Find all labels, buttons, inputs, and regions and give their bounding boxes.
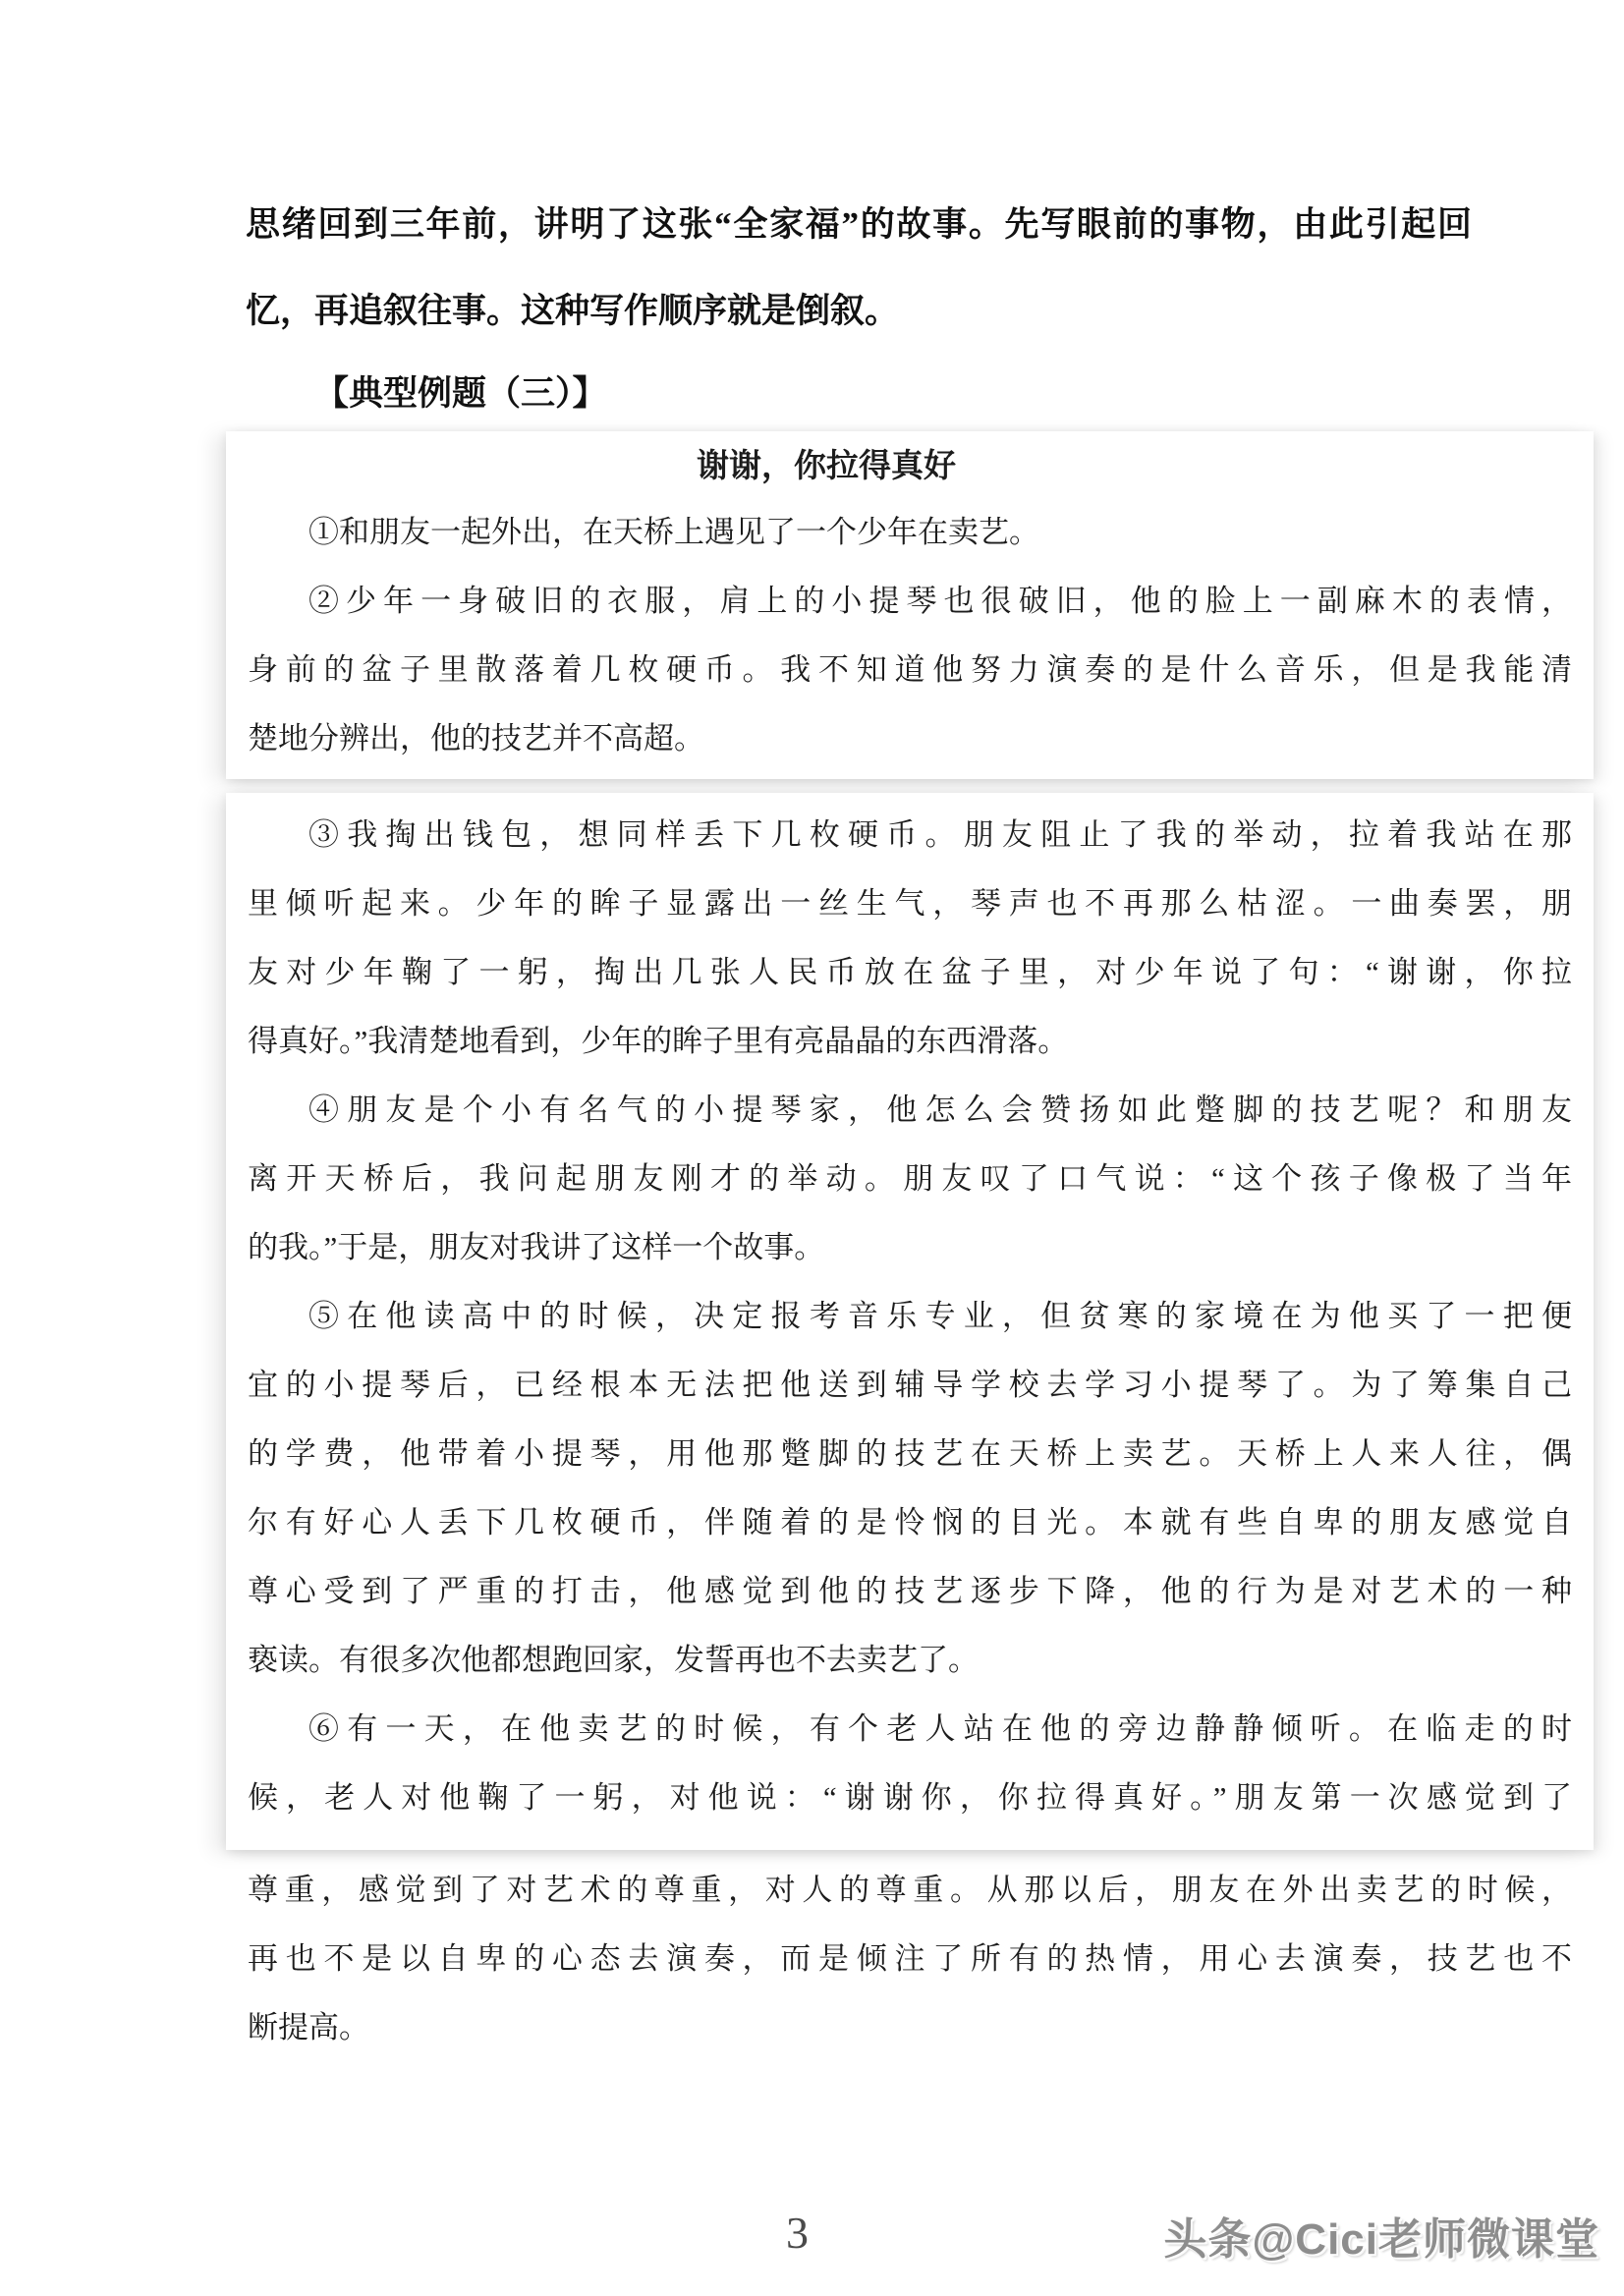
watermark: 头条@Cici老师微课堂 bbox=[1163, 2204, 1599, 2267]
intro-paragraph: 思绪回到三年前，讲明了这张“全家福”的故事。先写眼前的事物，由此引起回 忆，再追… bbox=[246, 182, 1472, 355]
story-line: 候，老人对他鞠了一躬，对他说：“谢谢你，你拉得真好。”朋友第一次感觉到了 bbox=[248, 1764, 1572, 1832]
section-heading: 【典型例题（三）】 bbox=[246, 363, 1624, 425]
story-line: ⑤在他读高中的时候，决定报考音乐专业，但贫寒的家境在为他买了一把便 bbox=[248, 1282, 1572, 1351]
story-line: 的学费，他带着小提琴，用他那蹩脚的技艺在天桥上卖艺。天桥上人来人往，偶 bbox=[248, 1420, 1572, 1488]
story-line: 的我。”于是，朋友对我讲了这样一个故事。 bbox=[248, 1213, 1572, 1282]
story-line: 尊心受到了严重的打击，他感觉到他的技艺逐步下降，他的行为是对艺术的一种 bbox=[248, 1557, 1572, 1626]
intro-line: 忆，再追叙往事。这种写作顺序就是倒叙。 bbox=[246, 268, 1472, 355]
story-line: ④朋友是个小有名气的小提琴家，他怎么会赞扬如此蹩脚的技艺呢？和朋友 bbox=[248, 1076, 1572, 1145]
story-line: ③我掏出钱包，想同样丢下几枚硬币。朋友阻止了我的举动，拉着我站在那 bbox=[248, 801, 1572, 869]
page-number: 3 bbox=[786, 2207, 809, 2259]
story-line: 宜的小提琴后，已经根本无法把他送到辅导学校去学习小提琴了。为了筹集自己 bbox=[248, 1351, 1572, 1420]
story-line: 身前的盆子里散落着几枚硬币。我不知道他努力演奏的是什么音乐，但是我能清 bbox=[248, 636, 1572, 704]
story-line: 得真好。”我清楚地看到，少年的眸子里有亮晶晶的东西滑落。 bbox=[248, 1007, 1572, 1076]
story-line: 里倾听起来。少年的眸子显露出一丝生气，琴声也不再那么枯涩。一曲奏罢，朋 bbox=[248, 869, 1572, 938]
document-page: { "intro": { "line1": "思绪回到三年前，讲明了这张“全家福… bbox=[0, 0, 1624, 2296]
story-card-1: 谢谢，你拉得真好 ①和朋友一起外出，在天桥上遇见了一个少年在卖艺。 ②少年一身破… bbox=[226, 431, 1594, 779]
story-line: 再也不是以自卑的心态去演奏，而是倾注了所有的热情，用心去演奏，技艺也不 bbox=[248, 1925, 1572, 1993]
story-line: 断提高。 bbox=[248, 1993, 1572, 2062]
story-line: ②少年一身破旧的衣服，肩上的小提琴也很破旧，他的脸上一副麻木的表情， bbox=[248, 567, 1572, 636]
story-title: 谢谢，你拉得真好 bbox=[248, 435, 1405, 498]
story-line: 友对少年鞠了一躬，掏出几张人民币放在盆子里，对少年说了句：“谢谢，你拉 bbox=[248, 938, 1572, 1007]
story-line: ⑥有一天，在他卖艺的时候，有个老人站在他的旁边静静倾听。在临走的时 bbox=[248, 1695, 1572, 1764]
intro-line: 思绪回到三年前，讲明了这张“全家福”的故事。先写眼前的事物，由此引起回 bbox=[246, 182, 1472, 268]
story-line: 离开天桥后，我问起朋友刚才的举动。朋友叹了口气说：“这个孩子像极了当年 bbox=[248, 1145, 1572, 1213]
story-line: 尊重，感觉到了对艺术的尊重，对人的尊重。从那以后，朋友在外出卖艺的时候， bbox=[248, 1856, 1572, 1925]
story-tail: 尊重，感觉到了对艺术的尊重，对人的尊重。从那以后，朋友在外出卖艺的时候， 再也不… bbox=[248, 1856, 1572, 2062]
story-line: ①和朋友一起外出，在天桥上遇见了一个少年在卖艺。 bbox=[248, 498, 1572, 567]
story-line: 尔有好心人丢下几枚硬币，伴随着的是怜悯的目光。本就有些自卑的朋友感觉自 bbox=[248, 1488, 1572, 1557]
story-line: 楚地分辨出，他的技艺并不高超。 bbox=[248, 704, 1572, 773]
story-card-2: ③我掏出钱包，想同样丢下几枚硬币。朋友阻止了我的举动，拉着我站在那 里倾听起来。… bbox=[226, 793, 1594, 1850]
story-line: 亵读。有很多次他都想跑回家，发誓再也不去卖艺了。 bbox=[248, 1626, 1572, 1695]
